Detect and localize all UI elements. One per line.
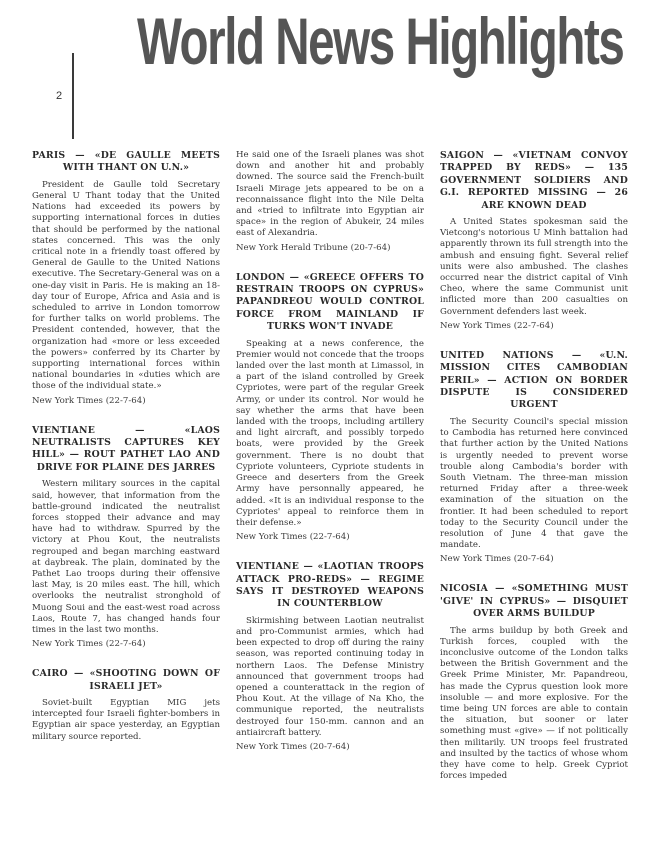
story-headline: VIENTIANE — «LAOS NEUTRALISTS CAPTURES K… bbox=[32, 425, 220, 475]
article-columns: PARIS — «DE GAULLE MEETS WITH THANT ON U… bbox=[32, 150, 628, 800]
story-body: He said one of the Israeli planes was sh… bbox=[236, 150, 424, 240]
column-middle: He said one of the Israeli planes was sh… bbox=[236, 150, 424, 800]
story-headline: CAIRO — «SHOOTING DOWN OF ISRAELI JET» bbox=[32, 668, 220, 693]
story-headline: LONDON — «GREECE OFFERS TO RESTRAIN TROO… bbox=[236, 272, 424, 334]
story-source: New York Times (20-7-64) bbox=[440, 553, 628, 565]
story-cairo: CAIRO — «SHOOTING DOWN OF ISRAELI JET» S… bbox=[32, 668, 220, 743]
story-source: New York Times (22-7-64) bbox=[32, 638, 220, 650]
story-body: The Security Council's special mission t… bbox=[440, 417, 628, 551]
story-saigon: SAIGON — «VIETNAM CONVOY TRAPPED BY REDS… bbox=[440, 150, 628, 332]
story-body: Skirmishing between Laotian neutralist a… bbox=[236, 616, 424, 739]
story-headline: SAIGON — «VIETNAM CONVOY TRAPPED BY REDS… bbox=[440, 150, 628, 212]
story-vientiane-laos: VIENTIANE — «LAOS NEUTRALISTS CAPTURES K… bbox=[32, 425, 220, 650]
story-source: New York Herald Tribune (20-7-64) bbox=[236, 242, 424, 254]
story-source: New York Times (22-7-64) bbox=[236, 531, 424, 543]
page-number: 2 bbox=[56, 90, 62, 102]
story-body: Western military sources in the capital … bbox=[32, 479, 220, 636]
story-nicosia: NICOSIA — «SOMETHING MUST 'GIVE' IN CYPR… bbox=[440, 583, 628, 782]
story-united-nations: UNITED NATIONS — «U.N. MISSION CITES CAM… bbox=[440, 350, 628, 565]
story-cairo-continued: He said one of the Israeli planes was sh… bbox=[236, 150, 424, 254]
story-source: New York Times (22-7-64) bbox=[32, 395, 220, 407]
story-body: The arms buildup by both Greek and Turki… bbox=[440, 626, 628, 783]
story-headline: UNITED NATIONS — «U.N. MISSION CITES CAM… bbox=[440, 350, 628, 412]
story-body: A United States spokesman said the Vietc… bbox=[440, 217, 628, 318]
story-body: President de Gaulle told Secretary Gener… bbox=[32, 180, 220, 393]
story-source: New York Times (22-7-64) bbox=[440, 320, 628, 332]
story-headline: PARIS — «DE GAULLE MEETS WITH THANT ON U… bbox=[32, 150, 220, 175]
column-left: PARIS — «DE GAULLE MEETS WITH THANT ON U… bbox=[32, 150, 220, 800]
story-london: LONDON — «GREECE OFFERS TO RESTRAIN TROO… bbox=[236, 272, 424, 543]
story-body: Soviet-built Egyptian MIG jets intercept… bbox=[32, 698, 220, 743]
story-headline: NICOSIA — «SOMETHING MUST 'GIVE' IN CYPR… bbox=[440, 583, 628, 620]
page-title: World News Highlights bbox=[137, 8, 623, 74]
column-right: SAIGON — «VIETNAM CONVOY TRAPPED BY REDS… bbox=[440, 150, 628, 800]
story-headline: VIENTIANE — «LAOTIAN TROOPS ATTACK PRO-R… bbox=[236, 561, 424, 611]
story-vientiane-laotian: VIENTIANE — «LAOTIAN TROOPS ATTACK PRO-R… bbox=[236, 561, 424, 753]
story-source: New York Times (20-7-64) bbox=[236, 741, 424, 753]
header-divider-rule bbox=[72, 53, 74, 139]
story-body: Speaking at a news conference, the Premi… bbox=[236, 339, 424, 529]
story-paris: PARIS — «DE GAULLE MEETS WITH THANT ON U… bbox=[32, 150, 220, 407]
